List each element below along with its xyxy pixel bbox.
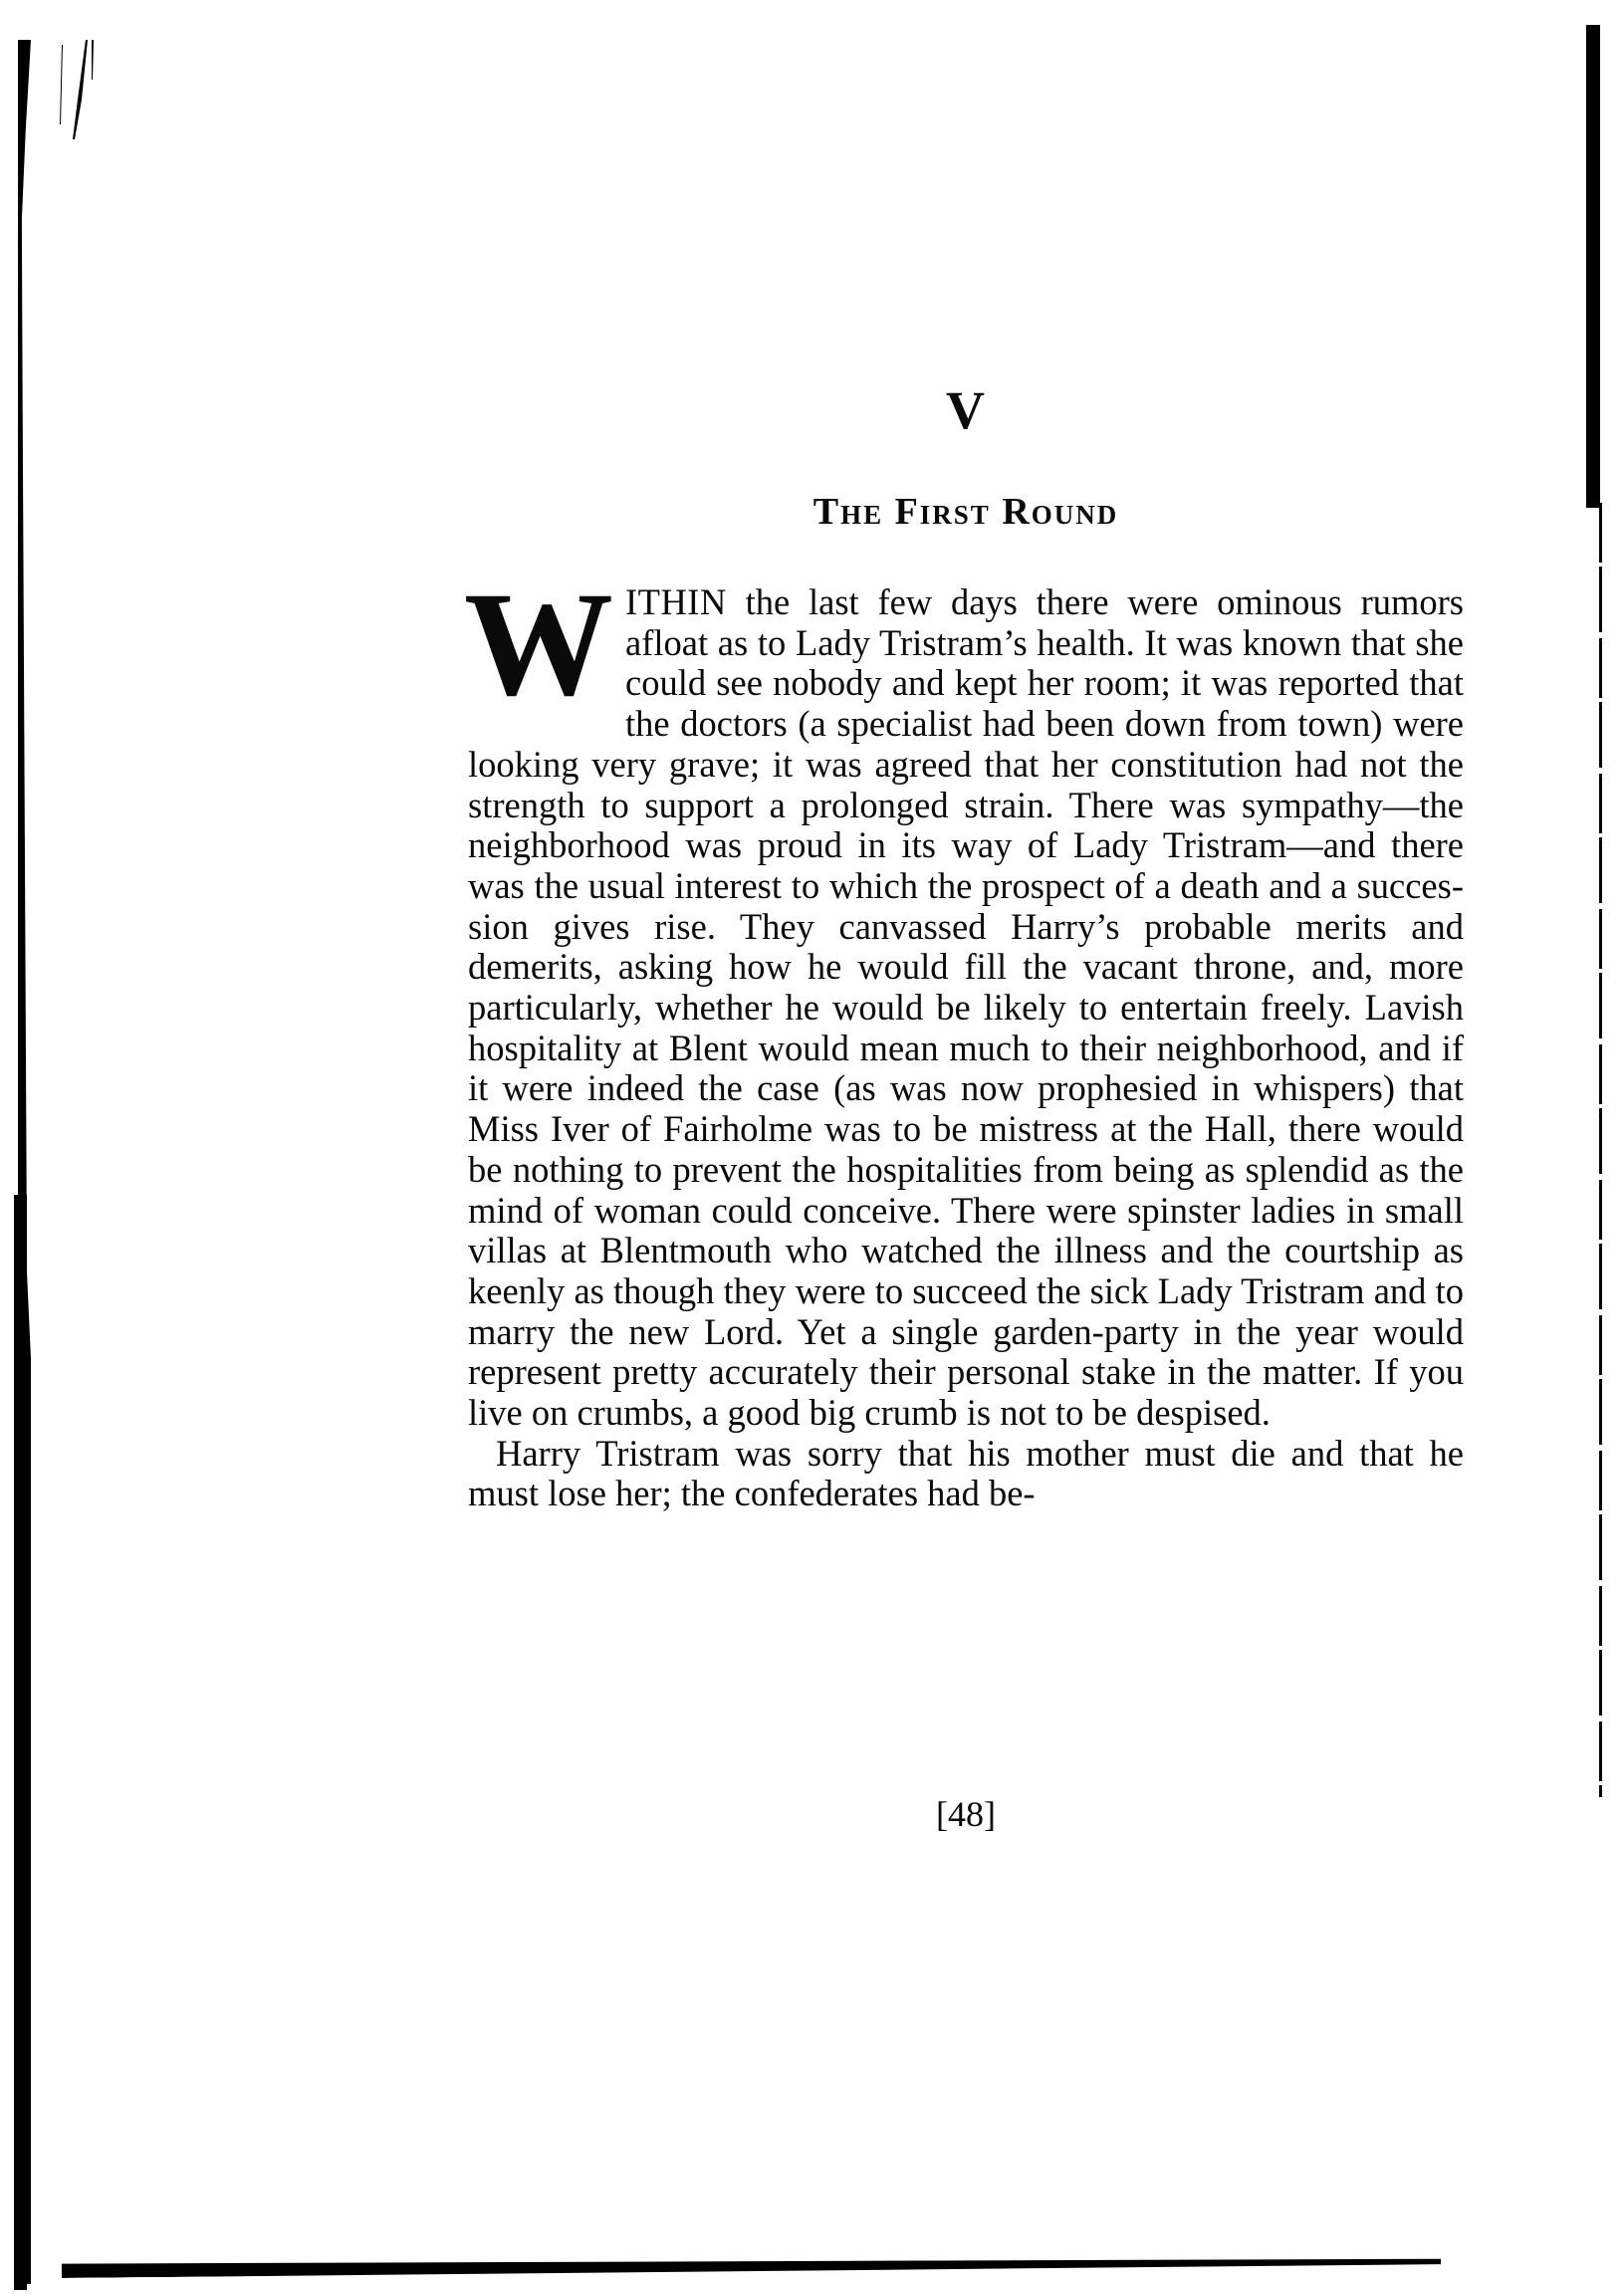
drop-cap: W	[464, 588, 613, 706]
scan-edge-right	[1586, 25, 1600, 508]
first-word-rest: ITHIN	[625, 581, 727, 622]
paragraph-2: Harry Tristram was sorry that his mother…	[468, 1434, 1464, 1514]
paragraph-1-text: the last few days there were ominous rum…	[468, 581, 1464, 1433]
scan-edge-right-line	[1599, 503, 1602, 1797]
scan-marks-left	[60, 40, 119, 159]
chapter-number: V	[468, 380, 1464, 440]
chapter-title: The First Round	[468, 488, 1464, 536]
scan-edge-bottom	[62, 2248, 1441, 2278]
scan-edge-left-lower	[14, 1195, 46, 2290]
paragraph-1: WITHIN the last few days there were omin…	[468, 582, 1464, 1434]
page-number: [48]	[468, 1792, 1464, 1836]
paragraph-2-text: Harry Tristram was sorry that his mother…	[468, 1433, 1464, 1514]
chapter-body: WITHIN the last few days there were omin…	[468, 582, 1464, 1514]
